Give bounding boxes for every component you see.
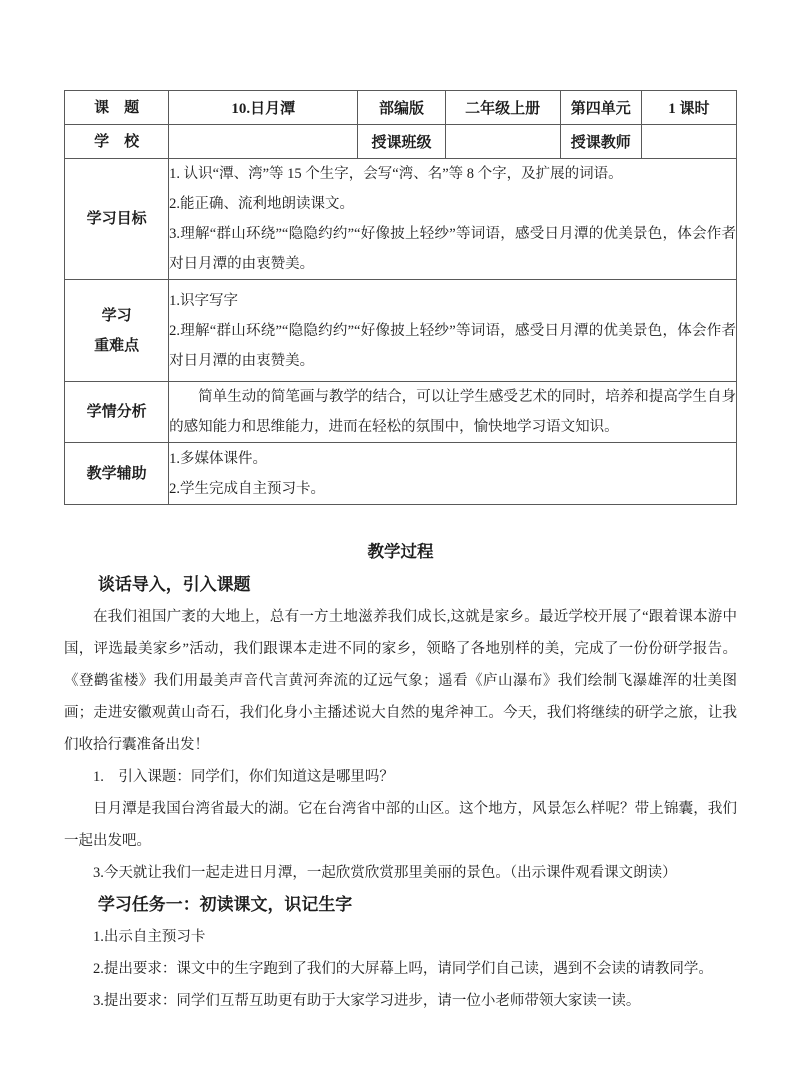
analysis-text: 简单生动的简笔画与教学的结合，可以让学生感受艺术的同时，培养和提高学生自身的感知… [169,382,736,442]
step1-paragraph: 1. 引入课题：同学们，你们知道这是哪里吗？ [64,761,737,793]
table-row-aids: 教学辅助 1.多媒体课件。 2.学生完成自主预习卡。 [65,443,737,505]
unit-value: 第四单元 [560,91,641,125]
teaching-process-section: 教学过程 谈话导入，引入课题 在我们祖国广袤的大地上，总有一方土地滋养我们成长,… [64,535,737,1017]
topic-value: 10.日月潭 [169,91,358,125]
key-points-label-line1: 学习 [65,301,168,331]
analysis-label: 学情分析 [65,382,169,443]
goals-item: 3.理解“群山环绕”“隐隐约约”“好像披上轻纱”等词语，感受日月潭的优美景色，体… [169,219,736,279]
lead-in-heading: 谈话导入，引入课题 [64,569,737,601]
period-value: 1 课时 [641,91,736,125]
table-row-key-points: 学习 重难点 1.识字写字 2.理解“群山环绕”“隐隐约约”“好像披上轻纱”等词… [65,280,737,382]
step3-paragraph: 3.今天就让我们一起走进日月潭，一起欣赏欣赏那里美丽的景色。（出示课件观看课文朗… [64,857,737,889]
table-row-school: 学 校 授课班级 授课教师 [65,125,737,159]
aids-label: 教学辅助 [65,443,169,505]
goals-label: 学习目标 [65,159,169,280]
key-points-label: 学习 重难点 [65,280,169,382]
task1-item: 1.出示自主预习卡 [64,921,737,953]
class-value-cell [445,125,560,159]
teacher-value-cell [641,125,736,159]
task1-item: 2.提出要求：课文中的生字跑到了我们的大屏幕上吗，请同学们自己读，遇到不会读的请… [64,953,737,985]
school-label: 学 校 [65,125,169,159]
task1-item: 3.提出要求：同学们互帮互助更有助于大家学习进步，请一位小老师带领大家读一读。 [64,985,737,1017]
section-title: 教学过程 [64,535,737,569]
intro-paragraph: 在我们祖国广袤的大地上，总有一方土地滋养我们成长,这就是家乡。最近学校开展了“跟… [64,601,737,761]
goals-content-cell: 1. 认识“潭、湾”等 15 个生字，会写“湾、名”等 8 个字，及扩展的词语。… [169,159,737,280]
grade-value: 二年级上册 [445,91,560,125]
key-points-label-line2: 重难点 [65,331,168,361]
aids-content-cell: 1.多媒体课件。 2.学生完成自主预习卡。 [169,443,737,505]
goals-item: 2.能正确、流利地朗读课文。 [169,189,736,219]
key-points-item: 2.理解“群山环绕”“隐隐约约”“好像披上轻纱”等词语，感受日月潭的优美景色，体… [169,316,736,376]
aids-item: 1.多媒体课件。 [169,444,736,474]
lesson-info-table: 课 题 10.日月潭 部编版 二年级上册 第四单元 1 课时 学 校 授课班级 … [64,90,737,505]
key-points-content-cell: 1.识字写字 2.理解“群山环绕”“隐隐约约”“好像披上轻纱”等词语，感受日月潭… [169,280,737,382]
edition-value: 部编版 [358,91,445,125]
class-label: 授课班级 [358,125,445,159]
task1-heading: 学习任务一：初读课文，识记生字 [64,889,737,921]
topic-label: 课 题 [65,91,169,125]
table-row-goals: 学习目标 1. 认识“潭、湾”等 15 个生字，会写“湾、名”等 8 个字，及扩… [65,159,737,280]
lesson-plan-page: 课 题 10.日月潭 部编版 二年级上册 第四单元 1 课时 学 校 授课班级 … [0,0,800,1067]
table-row-analysis: 学情分析 简单生动的简笔画与教学的结合，可以让学生感受艺术的同时，培养和提高学生… [65,382,737,443]
key-points-item: 1.识字写字 [169,286,736,316]
table-row-topic: 课 题 10.日月潭 部编版 二年级上册 第四单元 1 课时 [65,91,737,125]
school-value-cell [169,125,358,159]
goals-item: 1. 认识“潭、湾”等 15 个生字，会写“湾、名”等 8 个字，及扩展的词语。 [169,159,736,189]
step2-paragraph: 日月潭是我国台湾省最大的湖。它在台湾省中部的山区。这个地方，风景怎么样呢？带上锦… [64,793,737,857]
teacher-label: 授课教师 [560,125,641,159]
aids-item: 2.学生完成自主预习卡。 [169,474,736,504]
analysis-content-cell: 简单生动的简笔画与教学的结合，可以让学生感受艺术的同时，培养和提高学生自身的感知… [169,382,737,443]
